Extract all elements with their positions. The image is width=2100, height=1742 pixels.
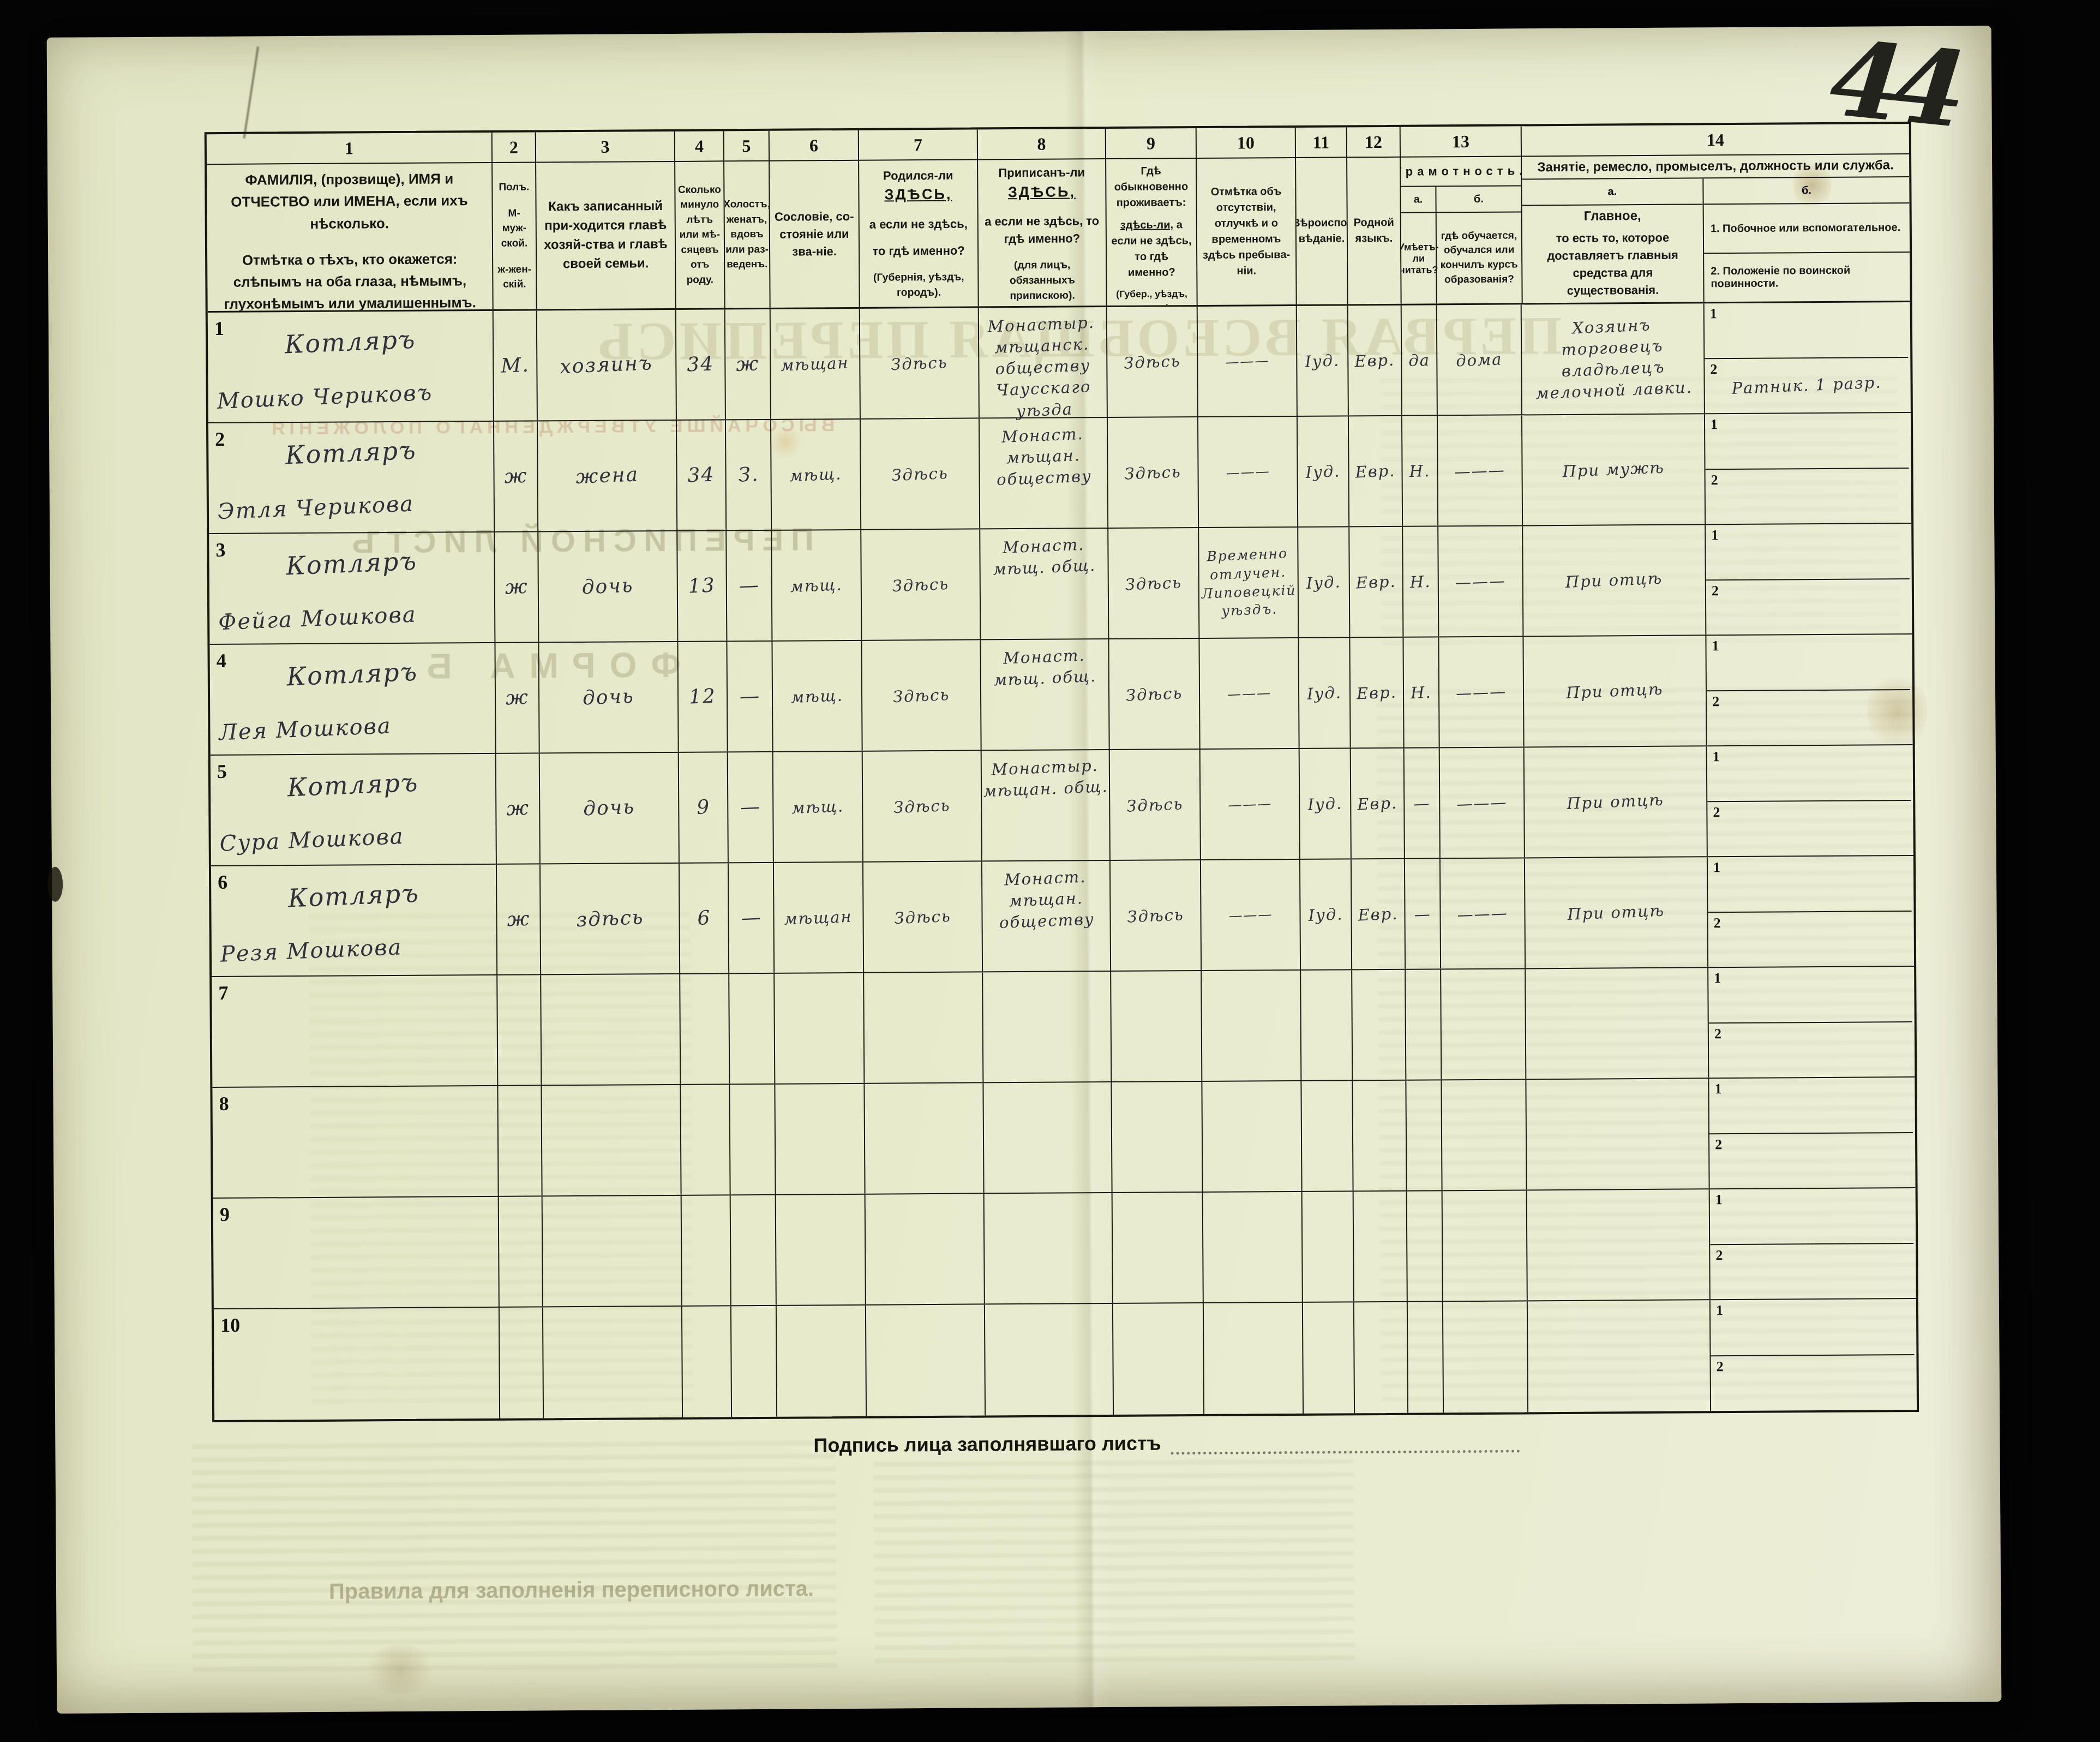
handwritten-page-number: 44 xyxy=(1825,17,1963,151)
cell-age: 34 xyxy=(675,309,725,420)
side-occupation-1: 1 xyxy=(1708,856,1912,912)
col-header-3: 3 Какъ записанный при-ходится главѣ хозя… xyxy=(535,131,675,309)
cell-surname-value: Котляръ xyxy=(210,764,496,805)
col-label: Отмѣтка о тѣхъ, кто окажется: слѣпымъ на… xyxy=(211,248,489,311)
cell-name: 9 xyxy=(213,1197,499,1308)
side-occupation-2: 2 Ратник. 1 разр. xyxy=(1705,357,1909,414)
cell-side-occupation: 1 2 xyxy=(1705,524,1910,634)
cell-side-occupation: 1 2 xyxy=(1708,1077,1913,1188)
cell-literacy-reads: — xyxy=(1403,748,1439,858)
cell-main-occupation xyxy=(1527,1300,1710,1412)
cell-birthplace xyxy=(863,972,982,1082)
cell-sex xyxy=(496,975,541,1085)
cell-estate: мѣщ. xyxy=(771,641,861,751)
row-number: 8 xyxy=(219,1092,229,1115)
cell-native-language xyxy=(1353,1192,1407,1302)
col-label: а если не здѣсь, xyxy=(869,215,968,233)
col-label-underlined: ЗДѢСЬ, xyxy=(884,186,952,203)
cell-relation: хозяинъ xyxy=(536,310,676,421)
cell-marital-status: — xyxy=(725,531,771,641)
cell-age xyxy=(680,1085,729,1195)
cell-surname-value xyxy=(213,1207,498,1219)
cell-sex: М. xyxy=(493,310,537,420)
col-number: 5 xyxy=(724,131,769,161)
side-occupation-1: 1 xyxy=(1708,967,1912,1022)
cell-sex: ж xyxy=(493,421,537,531)
col-label: Вѣроиспо-вѣданіе. xyxy=(1295,215,1347,247)
col-label: М-муж-ской. xyxy=(496,206,533,251)
cell-name: 3 Котляръ Фейга Мошкова xyxy=(209,532,494,644)
col-header-5: 5 Холостъ, женатъ, вдовъ или раз-веденъ. xyxy=(723,131,770,308)
cell-side-occupation: 1 2 xyxy=(1709,1188,1914,1299)
cell-side-occupation: 1 2 xyxy=(1705,634,1910,745)
cell-literacy-education: дома xyxy=(1436,304,1521,415)
cell-relation xyxy=(542,1196,681,1307)
cell-native-language: Евр. xyxy=(1347,306,1401,416)
sub-row-number-1: 1 xyxy=(1711,527,1718,543)
cell-birthplace: Здѣсь xyxy=(860,529,980,639)
side-occupation-2: 2 xyxy=(1708,911,1912,967)
side-occupation-2: 2 xyxy=(1710,1243,1914,1300)
cell-residence: Здѣсь xyxy=(1107,528,1198,638)
cell-marital-status xyxy=(730,1306,776,1417)
cell-absence-note xyxy=(1201,971,1300,1081)
cell-absence-note: ——— xyxy=(1197,417,1297,527)
cell-relation: дочь xyxy=(538,642,677,753)
signature-dotted-line xyxy=(1171,1436,1520,1454)
sub-col-b: б. xyxy=(1703,178,1909,205)
col-header-7: 7 Родился-ли ЗДѢСЬ, а если не здѣсь, то … xyxy=(858,130,978,307)
cell-religion xyxy=(1301,1192,1353,1302)
cell-age: 9 xyxy=(678,752,728,863)
table-row: 6 Котляръ Резя Мошкова ж здѣсь 6 — мѣщан… xyxy=(211,856,1914,977)
cell-surname-value: Котляръ xyxy=(211,875,496,916)
occupation-title: Занятіе, ремесло, промыселъ, должность и… xyxy=(1522,154,1909,180)
cell-registration xyxy=(982,972,1111,1082)
cell-registration: Монаст. мѣщ. общ. xyxy=(979,529,1108,639)
occupation-a-main: Главное, xyxy=(1584,209,1641,225)
cell-name: 1 Котляръ Мошко Чериковъ xyxy=(208,311,493,422)
sub-col-b: б. xyxy=(1436,186,1521,212)
row-number: 9 xyxy=(220,1203,230,1226)
cell-registration: Монастыр. мѣщан. общ. xyxy=(981,750,1109,860)
cell-main-occupation: При мужѣ xyxy=(1521,414,1705,525)
cell-birthplace: Здѣсь xyxy=(860,418,979,529)
cell-native-language xyxy=(1352,1081,1406,1191)
sub-row-number-2: 2 xyxy=(1713,804,1720,821)
cell-residence xyxy=(1112,1193,1203,1303)
sub-row-number-2: 2 xyxy=(1714,1026,1721,1042)
cell-given-name-value: Мошко Чериковъ xyxy=(217,380,433,414)
literacy-title: Грамотность. xyxy=(1401,157,1521,187)
col-number: 13 xyxy=(1401,126,1521,157)
signature-line: Подпись лица заполнявшаго листъ xyxy=(813,1429,1520,1457)
cell-residence: Здѣсь xyxy=(1107,417,1198,528)
cell-native-language: Евр. xyxy=(1351,859,1405,969)
cell-registration: Монаст. мѣщан. обществу xyxy=(979,418,1107,528)
cell-given-name-value: Резя Мошкова xyxy=(220,935,403,967)
col-label: Родной языкъ. xyxy=(1351,215,1397,247)
cell-residence xyxy=(1112,1303,1203,1415)
occupation-a-rest: то есть то, которое доставляетъ главныя … xyxy=(1526,229,1700,300)
cell-literacy-education xyxy=(1442,1190,1527,1301)
occupation-b1-label: 1. Побочное или вспомогательное. xyxy=(1704,204,1910,254)
side-occupation-2: 2 xyxy=(1709,1132,1913,1189)
side-occupation-1: 1 xyxy=(1706,634,1910,690)
cell-religion: Іуд. xyxy=(1299,859,1351,969)
sub-row-number-2: 2 xyxy=(1714,915,1721,931)
census-table: 1 ФАМИЛІЯ, (прозвище), ИМЯ и ОТЧЕСТВО ил… xyxy=(205,122,1919,1422)
side-occupation-2: 2 xyxy=(1706,578,1910,635)
cell-religion: Іуд. xyxy=(1298,638,1349,748)
cell-marital-status xyxy=(729,1085,775,1195)
sub-row-number-1: 1 xyxy=(1715,1192,1723,1208)
paper-crease xyxy=(243,46,260,139)
cell-absence-note xyxy=(1201,1081,1301,1192)
cell-marital-status: З. xyxy=(725,420,771,530)
cell-given-name-value: Лея Мошкова xyxy=(219,714,392,746)
col-header-11: 11 Вѣроиспо-вѣданіе. xyxy=(1295,127,1347,304)
cell-birthplace: Здѣсь xyxy=(862,861,982,972)
cell-estate: мѣщ. xyxy=(770,420,860,530)
side-occupation-1: 1 xyxy=(1709,1077,1913,1133)
col-label: (для лицъ, обязанныхъ припискою). xyxy=(982,257,1103,304)
cell-native-language: Евр. xyxy=(1348,416,1402,526)
cell-marital-status xyxy=(728,974,774,1084)
cell-given-name-value: Этля Черикова xyxy=(217,492,415,525)
table-row: 4 Котляръ Лея Мошкова ж дочь 12 — мѣщ. З… xyxy=(209,634,1912,756)
cell-age xyxy=(679,974,729,1084)
cell-literacy-reads: Н. xyxy=(1402,637,1438,747)
cell-sex xyxy=(499,1307,543,1418)
cell-marital-status: — xyxy=(727,752,773,863)
cell-religion xyxy=(1302,1302,1354,1414)
col-label: а если не здѣсь, то гдѣ именно? xyxy=(982,212,1102,248)
cell-name: 4 Котляръ Лея Мошкова xyxy=(209,643,495,755)
cell-literacy-reads: Н. xyxy=(1401,416,1437,525)
cell-relation xyxy=(541,1085,680,1196)
row-number: 7 xyxy=(218,981,228,1004)
col-header-4: 4 Сколько минуло лѣтъ или мѣ-сяцевъ отъ … xyxy=(674,131,724,308)
col-number: 12 xyxy=(1347,127,1400,158)
cell-registration xyxy=(983,1193,1112,1303)
cell-literacy-education xyxy=(1441,1080,1526,1190)
table-row: 1 Котляръ Мошко Чериковъ М. хозяинъ 34 ж… xyxy=(208,302,1911,423)
cell-age: 6 xyxy=(679,863,728,973)
col-number: 4 xyxy=(675,131,723,162)
sub-row-number-1: 1 xyxy=(1713,749,1720,765)
cell-side-occupation: 1 2 xyxy=(1704,413,1909,524)
cell-sex xyxy=(497,1086,541,1195)
cell-absence-note: Временно отлучен. Липовецкій уѣздъ. xyxy=(1198,528,1298,638)
cell-birthplace xyxy=(865,1194,984,1304)
cell-absence-note xyxy=(1202,1192,1302,1302)
col-header-14-occupation: 14 Занятіе, ремесло, промыселъ, должност… xyxy=(1521,124,1910,303)
table-row: 3 Котляръ Фейга Мошкова ж дочь 13 — мѣщ.… xyxy=(209,524,1912,645)
col-label: (Губернія, уѣздъ, городъ). xyxy=(863,270,974,301)
cell-estate xyxy=(776,1306,866,1417)
cell-surname-value: Котляръ xyxy=(209,654,495,695)
cell-relation: дочь xyxy=(537,531,677,642)
cell-marital-status xyxy=(730,1195,776,1306)
col-label-underlined: ЗДѢСЬ, xyxy=(1008,183,1076,200)
cell-age xyxy=(681,1195,730,1306)
cell-birthplace: Здѣсь xyxy=(861,640,980,750)
cell-residence: Здѣсь xyxy=(1108,639,1199,749)
side-occupation-1: 1 xyxy=(1711,1299,1915,1355)
cell-absence-note: ——— xyxy=(1198,638,1298,749)
showthrough-text-block xyxy=(191,1440,837,1679)
col-label: ФАМИЛІЯ, (прозвище), ИМЯ и ОТЧЕСТВО или … xyxy=(210,167,489,235)
cell-estate: мѣщан xyxy=(773,863,863,973)
cell-literacy-reads: Н. xyxy=(1402,526,1438,636)
literacy-b-label: гдѣ обучается, обучался или кончилъ курс… xyxy=(1437,212,1522,303)
side-occupation-2: 2 xyxy=(1707,689,1911,746)
table-row: 5 Котляръ Сура Мошкова ж дочь 9 — мѣщ. З… xyxy=(211,745,1913,866)
col-label: Полъ. xyxy=(499,180,529,195)
cell-literacy-education: ——— xyxy=(1439,747,1524,858)
sub-row-number-2: 2 xyxy=(1711,472,1718,488)
cell-main-occupation xyxy=(1526,1189,1709,1300)
col-number: 6 xyxy=(770,130,858,161)
census-sheet: ПЕРВАЯ ВСЕОБЩАЯ ПЕРЕПИСЬ ВЫСОЧАЙШЕ УТВЕР… xyxy=(47,26,2002,1714)
cell-absence-note xyxy=(1203,1303,1303,1414)
cell-birthplace xyxy=(863,1083,983,1193)
sub-row-number-1: 1 xyxy=(1712,638,1719,654)
cell-literacy-reads xyxy=(1407,1302,1443,1412)
cell-relation: дочь xyxy=(539,753,679,864)
cell-age xyxy=(681,1306,731,1417)
cell-registration: Монаст. мѣщ. общ. xyxy=(980,639,1108,750)
sub-col-a: а. xyxy=(1522,179,1702,206)
sub-row-number-1: 1 xyxy=(1713,859,1720,876)
cell-side-occupation: 1 2 xyxy=(1707,967,1912,1077)
cell-main-occupation: При отцѣ xyxy=(1522,636,1706,746)
side-occupation-2: 2 xyxy=(1711,1354,1915,1411)
cell-estate xyxy=(773,973,863,1083)
cell-literacy-education xyxy=(1440,969,1525,1079)
cell-name: 7 xyxy=(212,975,497,1087)
cell-religion: Іуд. xyxy=(1296,306,1348,416)
cell-relation xyxy=(540,974,680,1085)
cell-estate xyxy=(775,1195,865,1305)
col-number: 10 xyxy=(1197,128,1295,159)
cell-main-occupation xyxy=(1525,1079,1708,1189)
side-occupation-2: 2 xyxy=(1707,800,1911,857)
side-occupation-1: 1 xyxy=(1710,1188,1914,1244)
cell-residence xyxy=(1110,971,1201,1081)
cell-registration xyxy=(984,1304,1113,1415)
col-number: 2 xyxy=(493,132,535,163)
col-label: Приписанъ-ли xyxy=(998,165,1085,179)
cell-absence-note: ——— xyxy=(1199,749,1299,859)
col-number: 1 xyxy=(207,133,491,165)
cell-age: 13 xyxy=(676,531,726,641)
cell-side-occupation: 1 2 xyxy=(1707,856,1912,967)
row-number: 10 xyxy=(220,1314,240,1337)
cell-marital-status: — xyxy=(726,642,772,752)
side-occupation-1: 1 xyxy=(1706,524,1910,579)
cell-absence-note: ——— xyxy=(1197,306,1297,416)
cell-native-language xyxy=(1353,1302,1407,1414)
cell-birthplace xyxy=(865,1304,985,1416)
occupation-b2-label: 2. Положеніе по воинской повинности. xyxy=(1704,253,1910,302)
col-header-13-literacy: 13 Грамотность. а. б. Умѣетъ-ли читать? … xyxy=(1400,126,1522,303)
col-header-1: 1 ФАМИЛІЯ, (прозвище), ИМЯ и ОТЧЕСТВО ил… xyxy=(207,133,493,311)
cell-residence: Здѣсь xyxy=(1109,860,1201,971)
cell-sex: ж xyxy=(495,753,539,863)
cell-name: 6 Котляръ Резя Мошкова xyxy=(211,865,496,976)
cell-literacy-education xyxy=(1442,1301,1527,1412)
sub-row-number-1: 1 xyxy=(1710,306,1717,322)
col-label: (Губер., уѣздъ, городъ). xyxy=(1110,287,1193,306)
cell-main-occupation: При отцѣ xyxy=(1523,746,1707,857)
cell-native-language: Евр. xyxy=(1349,638,1403,748)
side-occupation-2: 2 xyxy=(1709,1021,1913,1078)
cell-given-name-value: Фейга Мошкова xyxy=(218,602,417,635)
cell-estate: мѣщ. xyxy=(771,530,861,640)
col-label-underlined: здѣсь-ли, xyxy=(1120,219,1173,231)
cell-relation: жена xyxy=(537,421,676,531)
cell-surname-value: Котляръ xyxy=(209,543,495,584)
col-label: то гдѣ именно? xyxy=(872,242,965,260)
cell-age: 12 xyxy=(677,642,727,752)
cell-main-occupation: Хозяинъ торговецъ владѣлецъ мелочной лав… xyxy=(1521,303,1704,414)
col-number: 7 xyxy=(859,130,977,161)
cell-literacy-reads xyxy=(1406,1191,1442,1301)
side-occupation-2: 2 xyxy=(1706,468,1910,524)
cell-sex: ж xyxy=(494,643,538,752)
cell-name: 2 Котляръ Этля Черикова xyxy=(208,422,494,533)
table-body: 1 Котляръ Мошко Чериковъ М. хозяинъ 34 ж… xyxy=(208,302,1917,1420)
signature-label: Подпись лица заполнявшаго листъ xyxy=(813,1432,1161,1457)
col-header-12: 12 Родной языкъ. xyxy=(1346,127,1401,304)
cell-literacy-education: ——— xyxy=(1437,415,1522,525)
table-row: 10 1 2 xyxy=(214,1299,1917,1420)
cell-residence: Здѣсь xyxy=(1109,750,1200,860)
cell-main-occupation: При отцѣ xyxy=(1522,525,1705,636)
cell-given-name-value: Сура Мошкова xyxy=(219,824,405,857)
table-header-row: 1 ФАМИЛІЯ, (прозвище), ИМЯ и ОТЧЕСТВО ил… xyxy=(207,124,1910,313)
showthrough-rules-heading: Правила для заполненія переписного листа… xyxy=(329,1577,814,1604)
cell-marital-status: ж xyxy=(724,309,770,420)
cell-sex: ж xyxy=(496,864,540,974)
cell-surname-value: Котляръ xyxy=(208,432,494,473)
col-label: ж-жен-скій. xyxy=(496,262,532,292)
cell-surname-value xyxy=(213,1097,497,1108)
cell-residence: Здѣсь xyxy=(1106,307,1197,417)
cell-literacy-education: ——— xyxy=(1438,637,1523,747)
col-number: 11 xyxy=(1296,127,1346,158)
cell-native-language: Евр. xyxy=(1348,527,1402,637)
cell-religion: Іуд. xyxy=(1297,527,1349,637)
cell-registration: Монаст. мѣщан. обществу xyxy=(981,861,1110,971)
sub-row-number-2: 2 xyxy=(1715,1247,1723,1264)
sub-row-number-1: 1 xyxy=(1714,1081,1721,1097)
col-label: Сколько минуло лѣтъ или мѣ-сяцевъ отъ ро… xyxy=(678,182,722,288)
cell-name: 10 xyxy=(214,1308,499,1420)
cell-religion: Іуд. xyxy=(1299,749,1351,859)
cell-estate: мѣщ. xyxy=(772,752,862,862)
cell-religion: Іуд. xyxy=(1297,416,1348,526)
paper-stain xyxy=(362,1645,439,1695)
sub-row-number-2: 2 xyxy=(1715,1136,1722,1153)
cell-relation: здѣсь xyxy=(539,864,679,974)
sub-row-number-1: 1 xyxy=(1716,1302,1723,1319)
cell-side-occupation: 1 2 Ратник. 1 разр. xyxy=(1703,302,1909,413)
cell-literacy-reads: да xyxy=(1401,305,1437,415)
cell-main-occupation xyxy=(1525,968,1708,1079)
cell-residence xyxy=(1111,1082,1202,1192)
col-label: Какъ записанный при-ходится главѣ хозяй-… xyxy=(539,197,671,274)
cell-literacy-reads xyxy=(1405,1080,1441,1190)
cell-registration xyxy=(982,1082,1111,1193)
sub-row-number-2: 2 xyxy=(1716,1358,1723,1375)
cell-surname-value xyxy=(212,986,497,997)
col-number: 3 xyxy=(536,131,674,163)
table-row: 7 1 2 xyxy=(212,967,1915,1088)
cell-religion xyxy=(1300,970,1352,1080)
table-row: 8 1 2 xyxy=(212,1077,1915,1199)
cell-relation xyxy=(542,1307,682,1418)
side-occupation-1: 1 xyxy=(1705,302,1909,358)
cell-literacy-education: ——— xyxy=(1437,526,1522,636)
sub-row-number-2: 2 xyxy=(1710,361,1717,378)
cell-surname-value xyxy=(214,1318,499,1330)
col-header-10: 10 Отмѣтка объ отсутствіи, отлучкѣ и о в… xyxy=(1196,128,1296,305)
cell-literacy-education: ——— xyxy=(1439,858,1525,968)
cell-estate: мѣщан xyxy=(770,309,860,419)
cell-native-language xyxy=(1351,970,1405,1080)
cell-sex: ж xyxy=(494,532,538,642)
table-row: 2 Котляръ Этля Черикова ж жена 34 З. мѣщ… xyxy=(208,413,1911,534)
col-header-8: 8 Приписанъ-ли ЗДѢСЬ, а если не здѣсь, т… xyxy=(977,129,1106,306)
cell-side-occupation: 1 2 xyxy=(1706,745,1911,856)
cell-native-language: Евр. xyxy=(1350,749,1404,859)
sub-row-number-2: 2 xyxy=(1712,583,1719,599)
col-header-9: 9 Гдѣ обыкновенно проживаетъ: здѣсь-ли, … xyxy=(1105,128,1197,306)
cell-main-occupation: При отцѣ xyxy=(1524,857,1707,968)
cell-estate xyxy=(774,1084,864,1194)
paper-tear xyxy=(47,867,63,902)
literacy-a-label: Умѣетъ-ли читать? xyxy=(1401,213,1437,303)
col-header-2: 2 Полъ. М-муж-ской. ж-жен-скій. xyxy=(491,132,536,309)
cell-sex xyxy=(498,1196,542,1306)
col-label: Холостъ, женатъ, вдовъ или раз-веденъ. xyxy=(723,197,770,272)
col-label: Сословіе, со-стояніе или зва-ніе. xyxy=(773,208,856,261)
col-label: Родился-ли xyxy=(883,168,953,182)
cell-birthplace: Здѣсь xyxy=(862,751,981,861)
cell-birthplace: Здѣсь xyxy=(859,308,979,418)
cell-literacy-reads: — xyxy=(1404,859,1440,968)
cell-absence-note: ——— xyxy=(1200,860,1300,970)
side-occupation-1: 1 xyxy=(1705,413,1909,469)
cell-side-occupation: 1 2 xyxy=(1709,1299,1915,1411)
side-occupation-1: 1 xyxy=(1707,745,1911,801)
sub-row-number-2: 2 xyxy=(1712,693,1719,710)
cell-literacy-reads xyxy=(1405,969,1441,1079)
col-label: Отмѣтка объ отсутствіи, отлучкѣ и о врем… xyxy=(1200,184,1292,279)
cell-name: 5 Котляръ Сура Мошкова xyxy=(211,754,496,865)
col-header-6: 6 Сословіе, со-стояніе или зва-ніе. xyxy=(769,130,859,308)
sub-col-a: а. xyxy=(1401,187,1436,212)
cell-name: 8 xyxy=(212,1086,497,1198)
cell-religion xyxy=(1300,1081,1352,1191)
sub-row-number-1: 1 xyxy=(1711,416,1718,433)
col-label: Гдѣ обыкновенно проживаетъ: xyxy=(1109,163,1193,211)
cell-surname-value: Котляръ xyxy=(207,321,493,362)
cell-marital-status: — xyxy=(728,863,773,973)
